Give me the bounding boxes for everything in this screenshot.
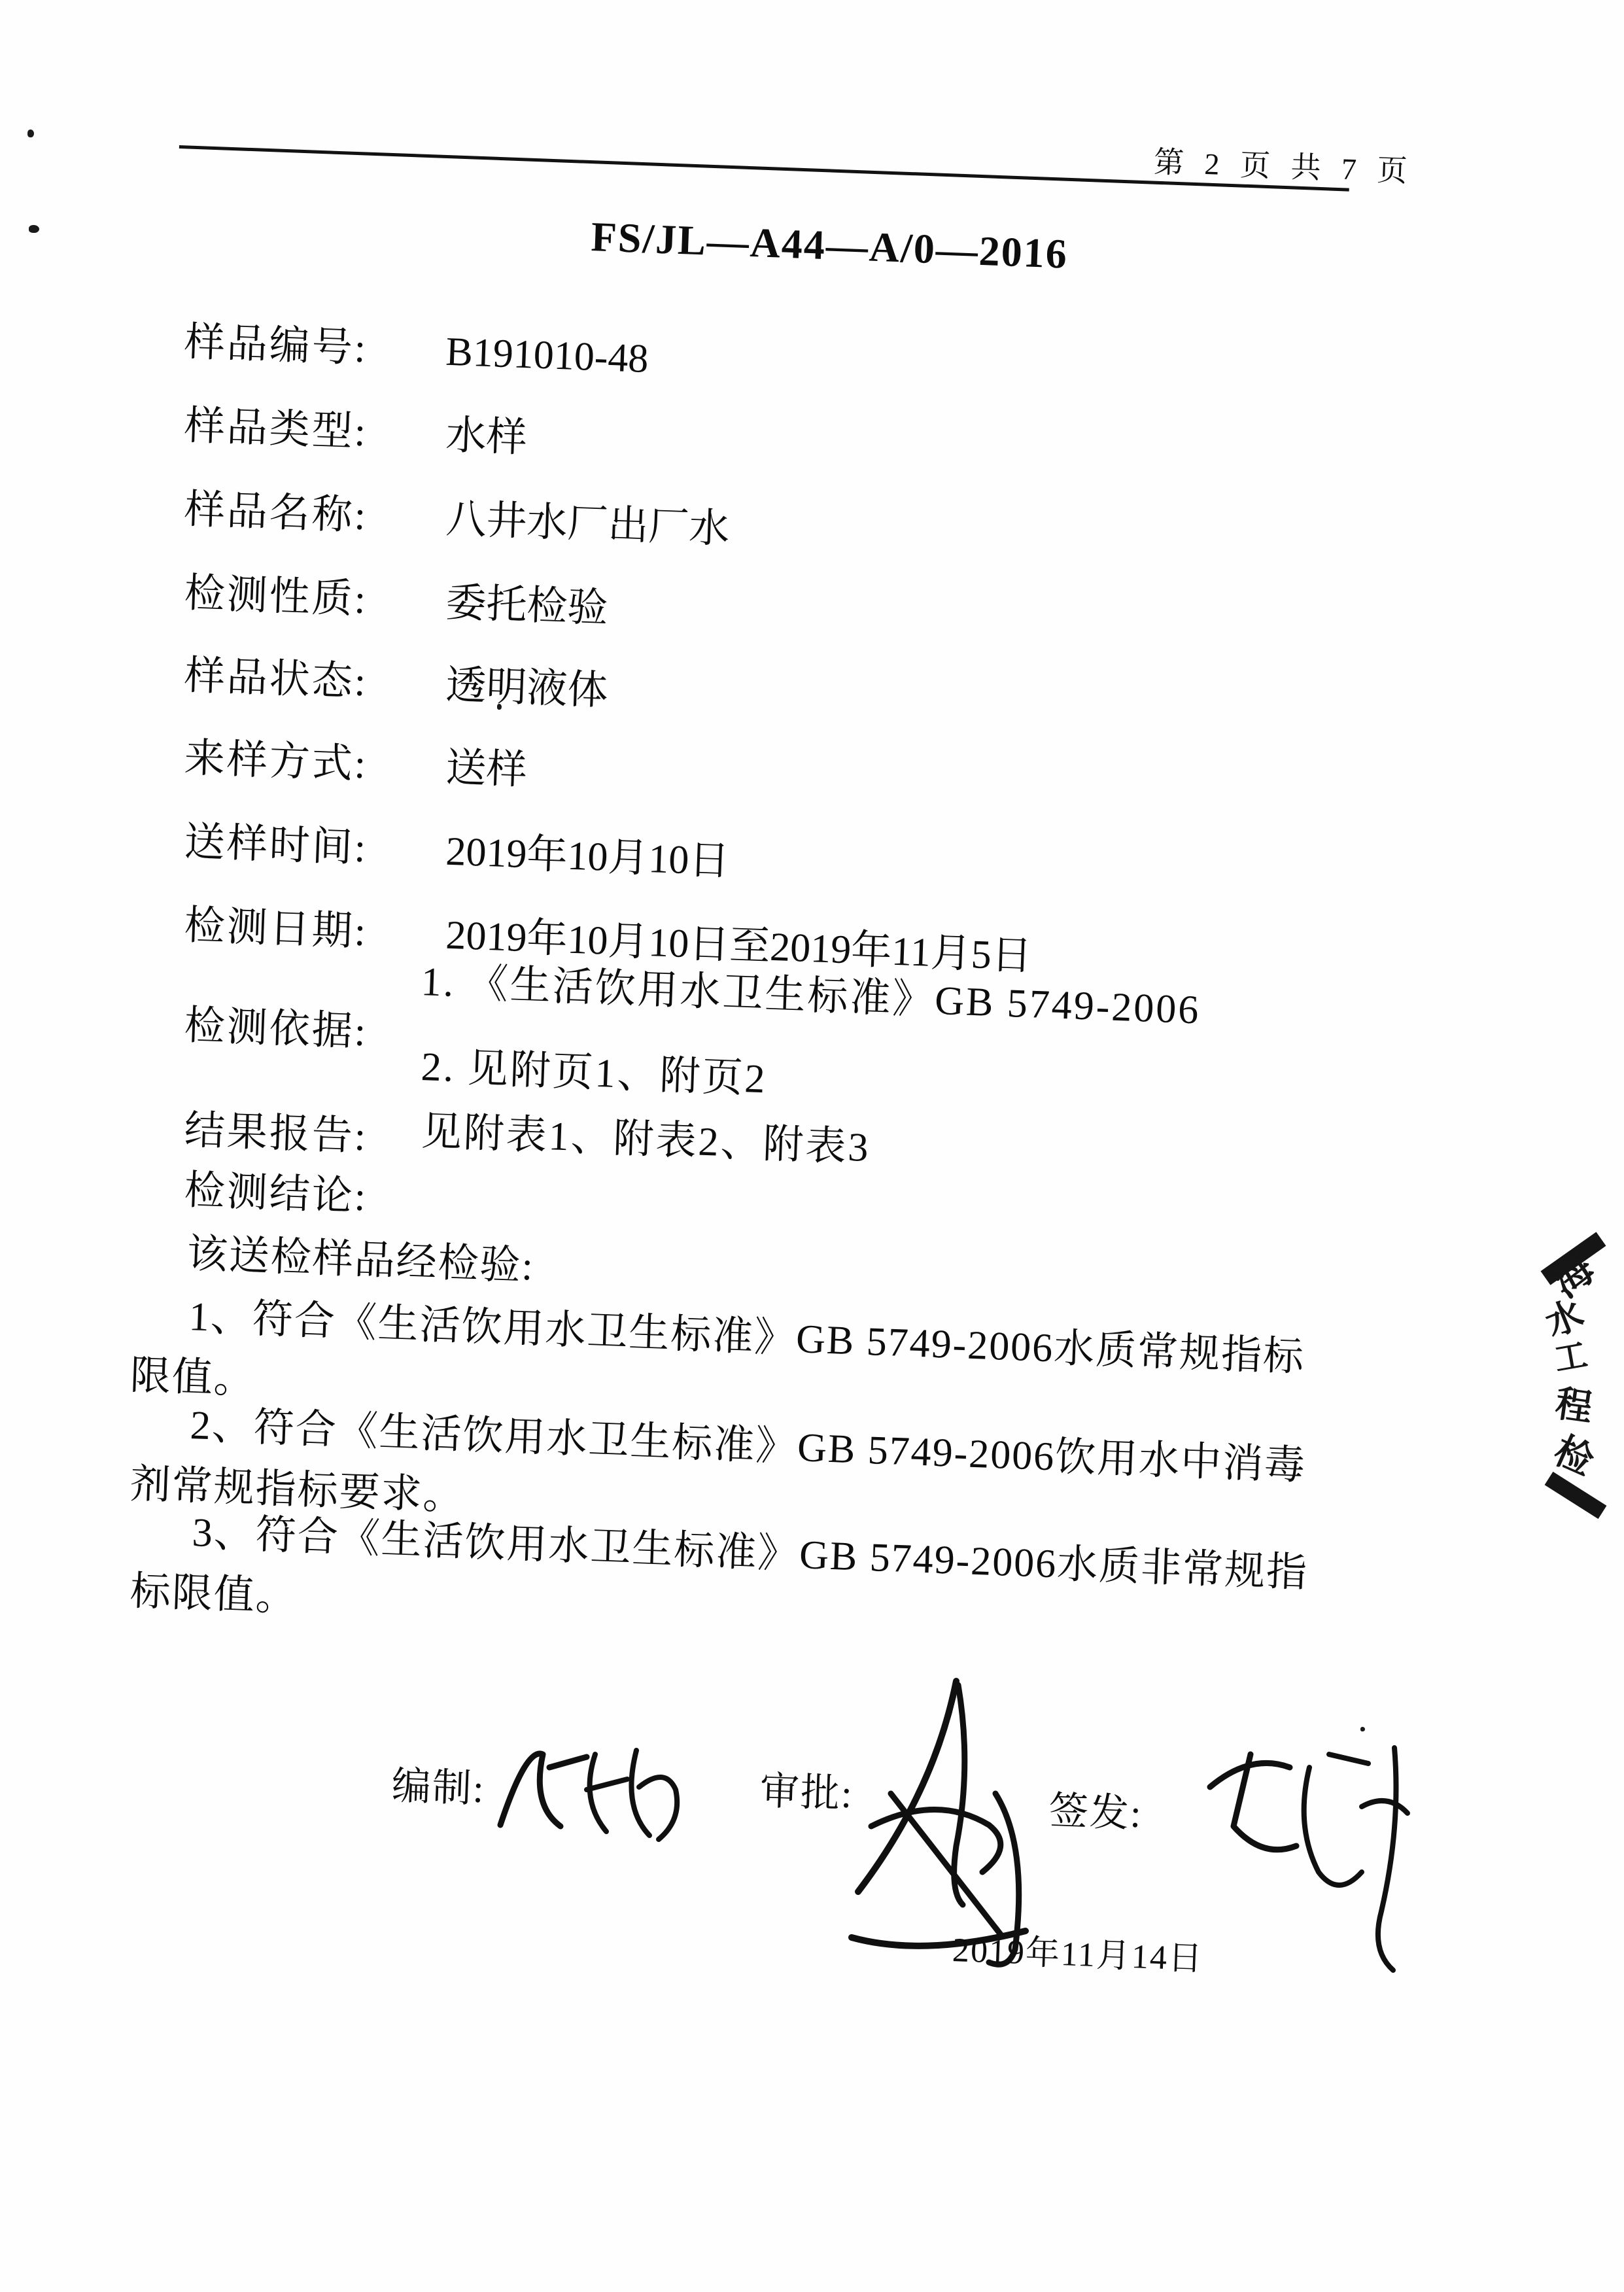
field-row-sample-name: 样品名称: 八井水厂出厂水 [184, 489, 731, 550]
field-label: 检测性质: [184, 573, 447, 623]
field-label-test-basis: 检测依据: [184, 1005, 368, 1052]
field-value: 2019年10月10日 [445, 831, 730, 882]
field-value: 水样 [445, 415, 527, 459]
field-row-sample-type: 样品类型: 水样 [184, 406, 528, 459]
scanned-report-page: 第 2 页 共 7 页 FS/JL—A44—A/0—2016 样品编号: B19… [0, 0, 1624, 2292]
field-label-result-report: 结果报告: [184, 1110, 368, 1157]
prepared-by-signature [487, 1727, 703, 1851]
seal-ring-bottom [1549, 1478, 1602, 1512]
field-row-sample-state: 样品状态: 透明液体 [184, 655, 609, 712]
conclusion-line: 剂常规指标要求。 [130, 1464, 466, 1517]
scan-speck [29, 225, 39, 233]
field-label: 样品名称: [184, 489, 447, 540]
field-row-test-nature: 检测性质: 委托检验 [184, 573, 609, 629]
conclusion-intro: 该送检样品经检验: [186, 1234, 535, 1287]
test-basis-line-2: 2. 见附页1、附页2 [421, 1047, 768, 1100]
field-row-sample-number: 样品编号: B191010-48 [184, 322, 649, 379]
field-label: 样品类型: [184, 406, 447, 456]
document-code-title: FS/JL—A44—A/0—2016 [591, 216, 1069, 275]
field-value: 委托检验 [445, 583, 608, 629]
issued-by-signature [1197, 1727, 1419, 1988]
scan-speck [27, 130, 34, 137]
conclusion-line: 限值。 [130, 1355, 256, 1400]
conclusion-line: 3、符合《生活饮用水卫生标准》GB 5749-2006水质非常规指 [192, 1512, 1309, 1594]
conclusion-line: 1、符合《生活饮用水卫生标准》GB 5749-2006水质常规指标 [188, 1296, 1305, 1378]
issued-by-label: 签发: [1048, 1791, 1143, 1833]
conclusion-line: 标限值。 [130, 1571, 298, 1618]
field-row-sampling-method: 来样方式: 送样 [184, 738, 528, 791]
scan-speck [497, 704, 502, 710]
scan-speck [1360, 1727, 1365, 1731]
seal-character: 工 [1551, 1336, 1590, 1378]
field-value: 八井水厂出厂水 [445, 499, 730, 550]
result-report-value: 见附表1、附表2、附表3 [421, 1111, 871, 1168]
field-label: 检测日期: [184, 905, 447, 956]
test-basis-line-1: 1. 《生活饮用水卫生标准》GB 5749-2006 [421, 962, 1201, 1031]
field-label-conclusion: 检测结论: [184, 1170, 368, 1217]
approved-by-signature [831, 1675, 1046, 1975]
field-value: 透明液体 [445, 665, 608, 712]
field-label: 样品状态: [184, 655, 447, 706]
field-label: 来样方式: [184, 738, 447, 788]
seal-character: 程 [1553, 1383, 1595, 1429]
field-label: 送样时间: [184, 822, 447, 872]
field-value: B191010-48 [445, 332, 649, 379]
prepared-by-label: 编制: [391, 1766, 486, 1809]
field-label: 样品编号: [184, 322, 447, 372]
seal-stamp: 海 水 工 程 检 [1483, 1215, 1624, 1533]
field-value: 送样 [445, 748, 527, 791]
field-row-delivery-time: 送样时间: 2019年10月10日 [184, 822, 731, 882]
page-number: 第 2 页 共 7 页 [1153, 147, 1414, 187]
